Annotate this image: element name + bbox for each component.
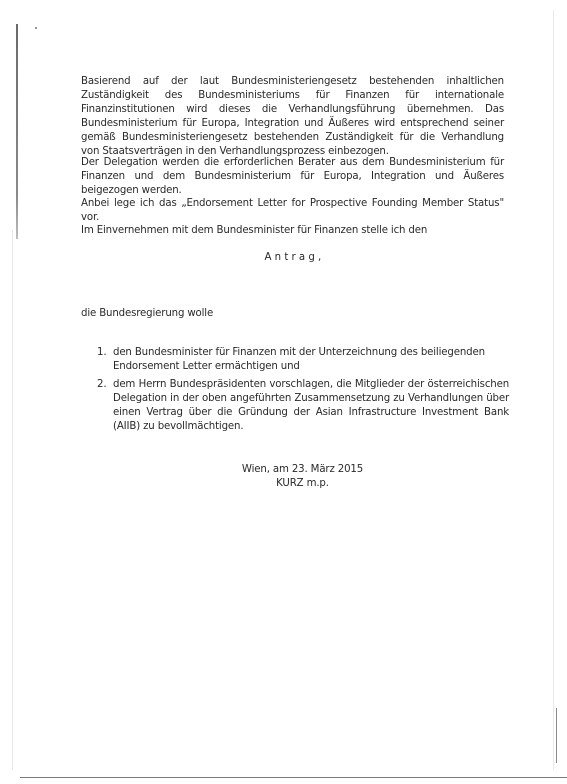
list-item: 2. dem Herrn Bundespräsidenten vorschlag… — [97, 378, 509, 434]
paragraph-agreement: Im Einvernehmen mit dem Bundesminister f… — [81, 224, 504, 238]
scan-speck — [35, 27, 37, 29]
list-text: dem Herrn Bundespräsidenten vorschlagen,… — [113, 378, 509, 434]
place-date: Wien, am 23. März 2015 — [0, 463, 567, 477]
list-number: 1. — [97, 346, 106, 360]
signature: KURZ m.p. — [0, 477, 567, 491]
list-item: 1. den Bundesminister für Finanzen mit d… — [97, 346, 509, 374]
scan-edge-right-mark — [556, 708, 557, 763]
list-text: den Bundesminister für Finanzen mit der … — [113, 346, 509, 374]
paragraph-endorsement-letter: Anbei lege ich das „Endorsement Letter f… — [81, 197, 504, 225]
scan-edge-left-faint — [12, 230, 13, 770]
scanned-page: Basierend auf der laut Bundesministerien… — [0, 0, 567, 784]
paragraph-responsibility: Basierend auf der laut Bundesministerien… — [81, 75, 504, 159]
paragraph-advisors: Der Delegation werden die erforderlichen… — [81, 156, 504, 198]
scan-edge-right — [553, 10, 554, 770]
motion-heading: Antrag, — [0, 251, 567, 265]
scan-edge-bottom — [20, 777, 567, 778]
motion-intro: die Bundesregierung wolle — [81, 307, 213, 321]
list-number: 2. — [97, 378, 106, 392]
scan-edge-left — [16, 24, 18, 239]
